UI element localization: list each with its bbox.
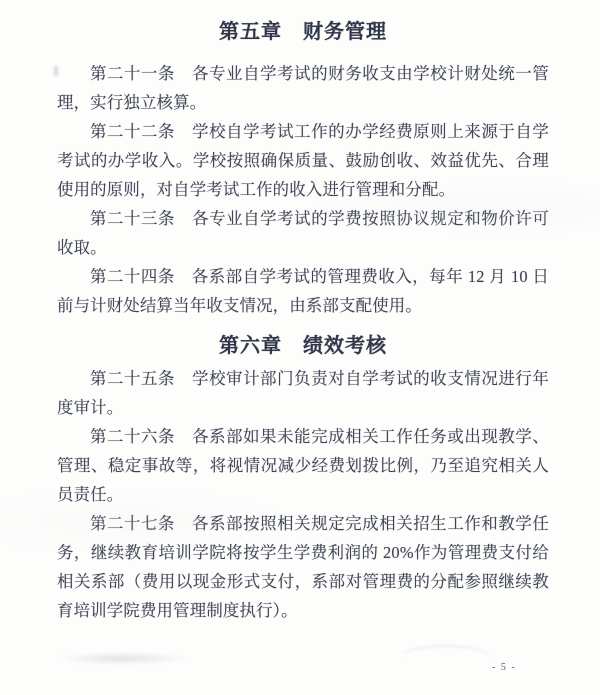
page-number: - 5 - [492,662,516,673]
scanned-document-page: 第五章 财务管理 第二十一条 各专业自学考试的财务收支由学校计财处统一管理，实行… [0,0,600,695]
scan-smudge [400,645,490,671]
article-26: 第二十六条 各系部如果未能完成相关工作任务或出现教学、管理、稳定事故等，将视情况… [57,422,549,509]
article-25: 第二十五条 学校审计部门负责对自学考试的收支情况进行年度审计。 [57,364,549,422]
article-21: 第二十一条 各专业自学考试的财务收支由学校计财处统一管理，实行独立核算。 [57,59,549,117]
scan-smudge [57,652,189,665]
article-22: 第二十二条 学校自学考试工作的办学经费原则上来源于自学考试的办学收入。学校按照确… [57,117,549,204]
chapter-5-heading: 第五章 财务管理 [57,20,549,44]
article-23: 第二十三条 各专业自学考试的学费按照协议规定和物价许可收取。 [57,204,549,262]
article-24: 第二十四条 各系部自学考试的管理费收入，每年 12 月 10 日前与计财处结算当… [57,262,549,320]
document-body: 第五章 财务管理 第二十一条 各专业自学考试的财务收支由学校计财处统一管理，实行… [0,0,600,625]
chapter-6-heading: 第六章 绩效考核 [57,334,549,358]
article-27: 第二十七条 各系部按照相关规定完成相关招生工作和教学任务，继续教育培训学院将按学… [57,509,549,625]
